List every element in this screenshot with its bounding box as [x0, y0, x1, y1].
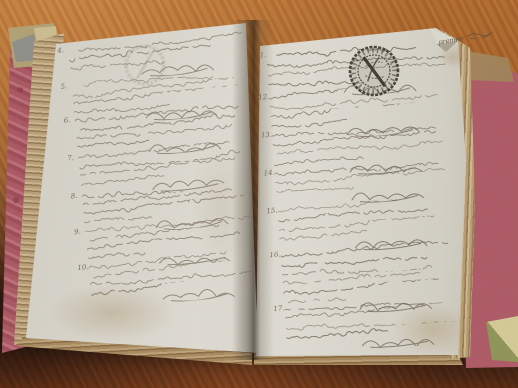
entry-number: 12. — [258, 93, 270, 102]
entry-number: 6. — [63, 116, 70, 125]
entry-number: 17. — [273, 304, 285, 313]
photo-open-manuscript: 4.5.6.7.8.9.10. 11.12.13.14.15.16.17. pr… — [0, 0, 518, 388]
entry-number: 4. — [57, 46, 64, 55]
entry-number: 8. — [70, 192, 77, 201]
entry-number: 9. — [74, 228, 81, 237]
left-page-handwriting: 4.5.6.7.8.9.10. — [68, 30, 276, 331]
entry-number: 15. — [266, 207, 278, 216]
entry-number: 11. — [255, 51, 267, 60]
entry-number: 10. — [77, 263, 89, 272]
entry-number: 5. — [60, 82, 67, 91]
ink-stamp — [344, 40, 404, 102]
entry-number: 13. — [261, 131, 273, 140]
entry-number: 16. — [269, 250, 281, 259]
entry-number: 14. — [263, 169, 275, 178]
entry-number: 7. — [67, 154, 74, 163]
